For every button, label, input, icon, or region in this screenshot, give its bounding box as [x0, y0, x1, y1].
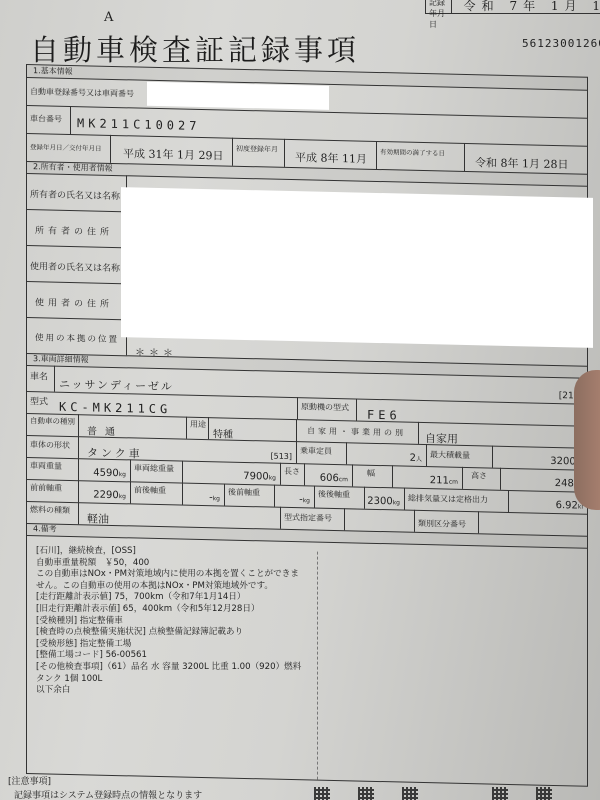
remarks-text: [石川]，継続検査，[OSS] 自動車重量税額 ￥50，400 この自動車はNO… — [36, 546, 302, 697]
gross-weight-value: 7900 — [243, 471, 268, 483]
record-date-value: 令和 7年 1月 1 — [452, 0, 600, 14]
fr-axle-label: 前後軸重 — [131, 481, 183, 504]
rf-axle-label: 後前軸重 — [225, 484, 275, 507]
first-reg-label: 初度登録年月 — [233, 138, 285, 167]
base-location-label: 使用の本拠の位置 — [27, 317, 127, 355]
length-label: 長さ — [281, 463, 305, 486]
form-mark: A — [104, 10, 113, 25]
category-value: 普通 — [79, 414, 187, 438]
vehicle-weight-value: 4590 — [93, 468, 118, 480]
displacement-label: 総排気量又は定格出力 — [405, 488, 509, 512]
rr-axle-value: 2300 — [367, 496, 392, 508]
car-name-label: 車名 — [27, 365, 55, 392]
qr-code-icon — [536, 787, 552, 800]
owner-info-redacted — [121, 187, 593, 348]
qr-code-icon — [492, 787, 508, 800]
notes-text: 記録事項はシステム登録時点の情報となります — [14, 788, 202, 800]
private-business-label: 自家用・事業用の別 — [297, 419, 419, 444]
displacement-value: 6.92 — [556, 500, 578, 512]
category-label: 自動車の種別 — [27, 413, 79, 436]
body-shape-label: 車体の形状 — [27, 435, 79, 458]
record-date-box: 記録年月日 令和 7年 1月 1 — [425, 0, 600, 14]
finger-holding-paper — [574, 370, 600, 510]
type-designation-label: 型式指定番号 — [281, 507, 345, 530]
type-designation-value — [345, 508, 415, 532]
vehicle-weight-label: 車両重量 — [27, 457, 79, 480]
expiry-value: 令和 8年 1月 28日 — [475, 154, 568, 172]
capacity-unit: 人 — [416, 456, 422, 463]
qr-code-icon — [314, 787, 330, 800]
document-number: 56123001260 — [522, 37, 600, 50]
remarks-divider — [317, 552, 318, 780]
expiry-label: 有効期間の満了する日 — [377, 141, 465, 171]
chassis-label: 車台番号 — [27, 105, 71, 134]
length-value: 606 — [320, 473, 339, 484]
max-load-label: 最大積載量 — [427, 444, 493, 467]
reg-date-label: 登録年月日／交付年月日 — [27, 133, 111, 163]
width-value: 211 — [430, 475, 449, 486]
capacity-cell: 2人 — [347, 442, 427, 466]
user-name-label: 使用者の氏名又は名称 — [27, 245, 127, 283]
owner-name-label: 所有者の氏名又は名称 — [27, 173, 127, 211]
owner-address-label: 所有者の住所 — [27, 209, 127, 247]
class-number-label: 類別区分番号 — [415, 510, 479, 533]
ff-axle-label: 前前軸重 — [27, 479, 79, 502]
reg-number-label: 自動車登録番号又は車両番号 — [27, 77, 145, 108]
body-shape-code: [513] — [270, 452, 292, 461]
chassis-value: MK211C10027 — [77, 116, 200, 133]
first-reg-value: 平成 8年 11月 — [285, 139, 377, 169]
purpose-label: 用途 — [187, 417, 209, 439]
model-label: 型式 — [27, 391, 55, 414]
notes-heading: [注意事項] — [8, 774, 51, 787]
ff-axle-value: 2290 — [93, 490, 118, 502]
qr-code-icon — [402, 787, 418, 800]
page-title: 自動車検査証記録事項 — [30, 28, 360, 69]
reg-date-value: 平成 31年 1月 29日 — [111, 135, 233, 166]
certificate-paper: 記録年月日 令和 7年 1月 1 A 自動車検査証記録事項 5612300126… — [0, 0, 600, 800]
fuel-label: 燃料の種類 — [27, 501, 79, 524]
capacity-label: 乗車定員 — [297, 441, 347, 464]
record-date-label: 記録年月日 — [426, 0, 452, 13]
rr-axle-label: 後後軸重 — [315, 486, 365, 509]
user-address-label: 使用者の住所 — [27, 281, 127, 319]
engine-label: 原動機の型式 — [297, 397, 357, 420]
purpose-value: 特種 — [209, 417, 297, 441]
height-label: 高さ — [463, 467, 501, 490]
reg-number-redacted — [147, 82, 329, 110]
gross-weight-label: 車両総重量 — [131, 459, 183, 482]
max-load-value: 3200 — [550, 456, 575, 468]
width-label: 幅 — [353, 464, 393, 487]
height-value: 248 — [555, 478, 574, 489]
qr-code-icon — [358, 787, 374, 800]
